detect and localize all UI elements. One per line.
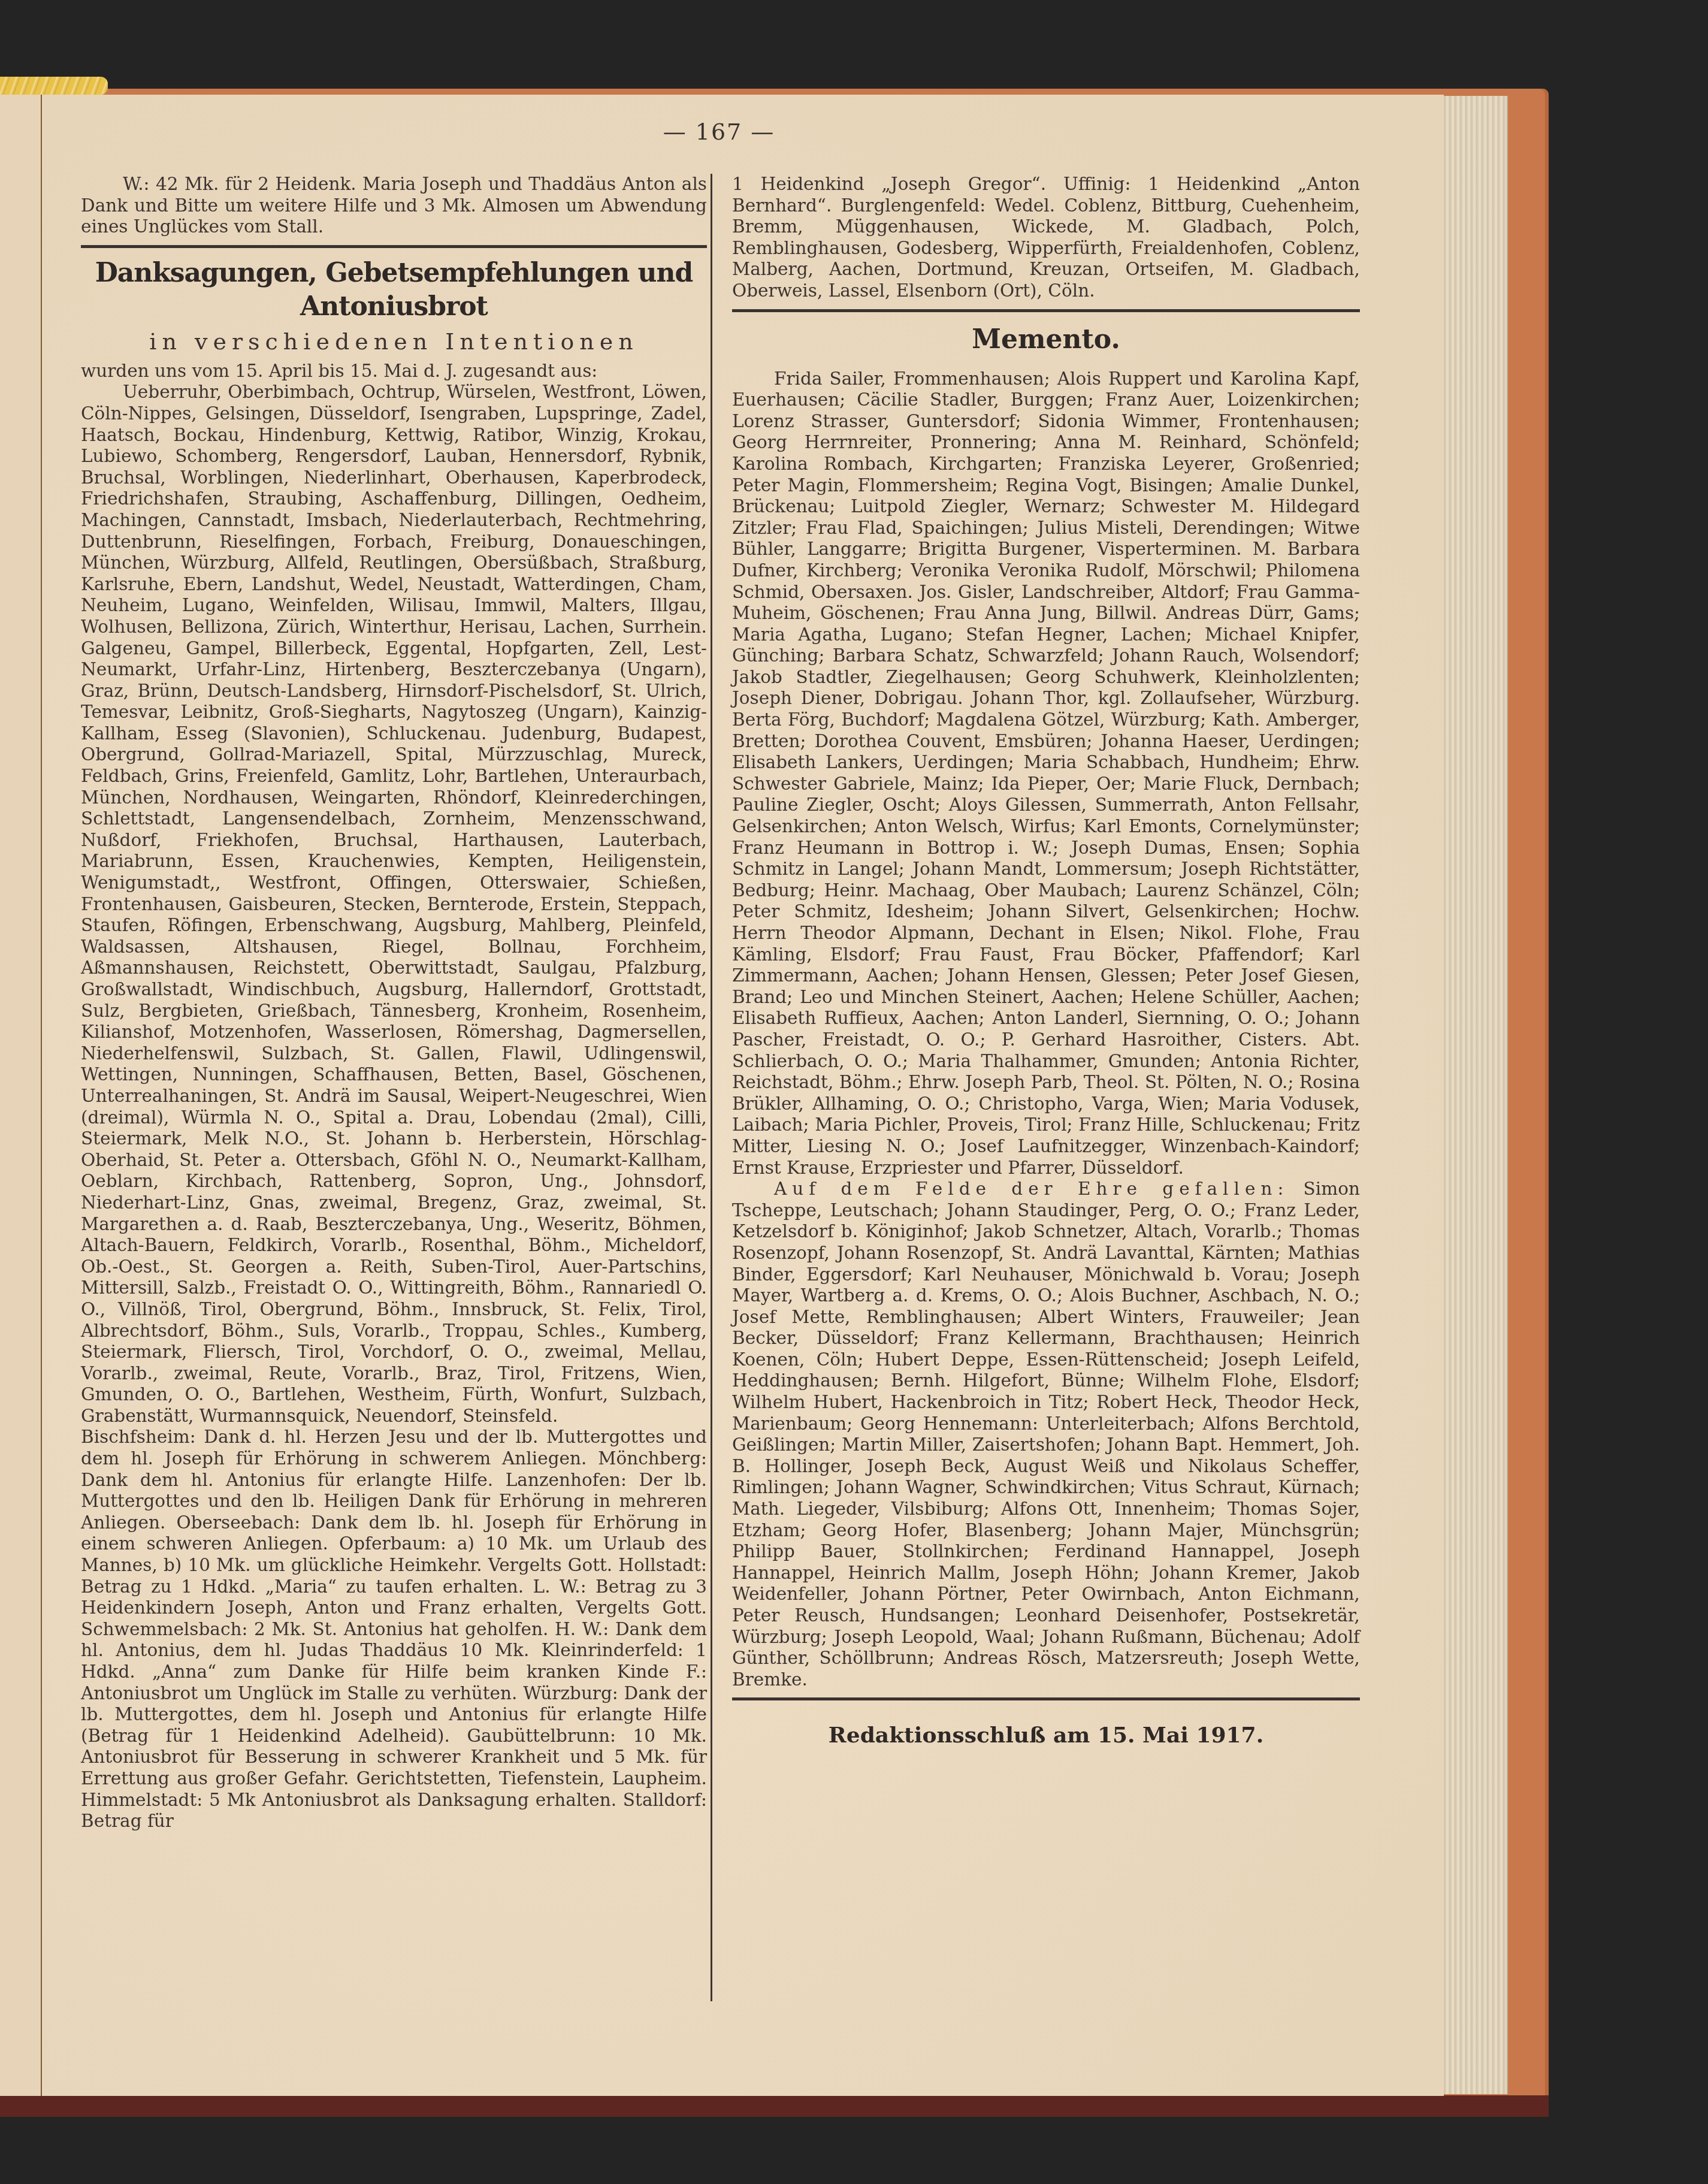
- column-divider: [711, 174, 712, 2001]
- fallen-paragraph: Simon Tscheppe, Leutschach; Johann Staud…: [732, 1179, 1360, 1690]
- section-lead: wurden uns vom 15. April bis 15. Mai d. …: [81, 361, 707, 382]
- section-subtitle: in verschiedenen Intentionen: [81, 326, 707, 357]
- left-column: W.: 42 Mk. für 2 Heidenk. Maria Joseph u…: [81, 174, 707, 1832]
- intro-paragraph: W.: 42 Mk. für 2 Heidenk. Maria Joseph u…: [81, 174, 707, 238]
- right-column: 1 Heidenkind „Joseph Gregor“. Uffinig: 1…: [732, 174, 1360, 1750]
- bookmark-ribbon: [0, 77, 108, 95]
- book-cover-bottom-edge: [0, 2095, 1549, 2117]
- fallen-heading: Auf dem Felde der Ehre gefallen:: [774, 1179, 1289, 1199]
- memento-heading: Memento.: [732, 322, 1360, 358]
- section-divider: [81, 245, 707, 248]
- footer-divider: [732, 1697, 1360, 1700]
- section-divider: [732, 309, 1360, 312]
- section-title: Danksagungen, Gebetsempfehlungen und Ant…: [81, 256, 707, 324]
- editorial-deadline-note: Redaktionsschluß am 15. Mai 1917.: [732, 1721, 1360, 1750]
- memento-paragraph: Frida Sailer, Frommenhausen; Alois Ruppe…: [732, 368, 1360, 1179]
- places-paragraph: Ueberruhr, Oberbimbach, Ochtrup, Würsele…: [81, 382, 707, 1427]
- page-number: — 167 —: [647, 119, 791, 145]
- thanks-paragraph: Bischfsheim: Dank d. hl. Herzen Jesu und…: [81, 1427, 707, 1832]
- continuation-paragraph: 1 Heidenkind „Joseph Gregor“. Uffinig: 1…: [732, 174, 1360, 302]
- facing-page-edge: [0, 95, 42, 2096]
- page-edges: [1441, 96, 1508, 2094]
